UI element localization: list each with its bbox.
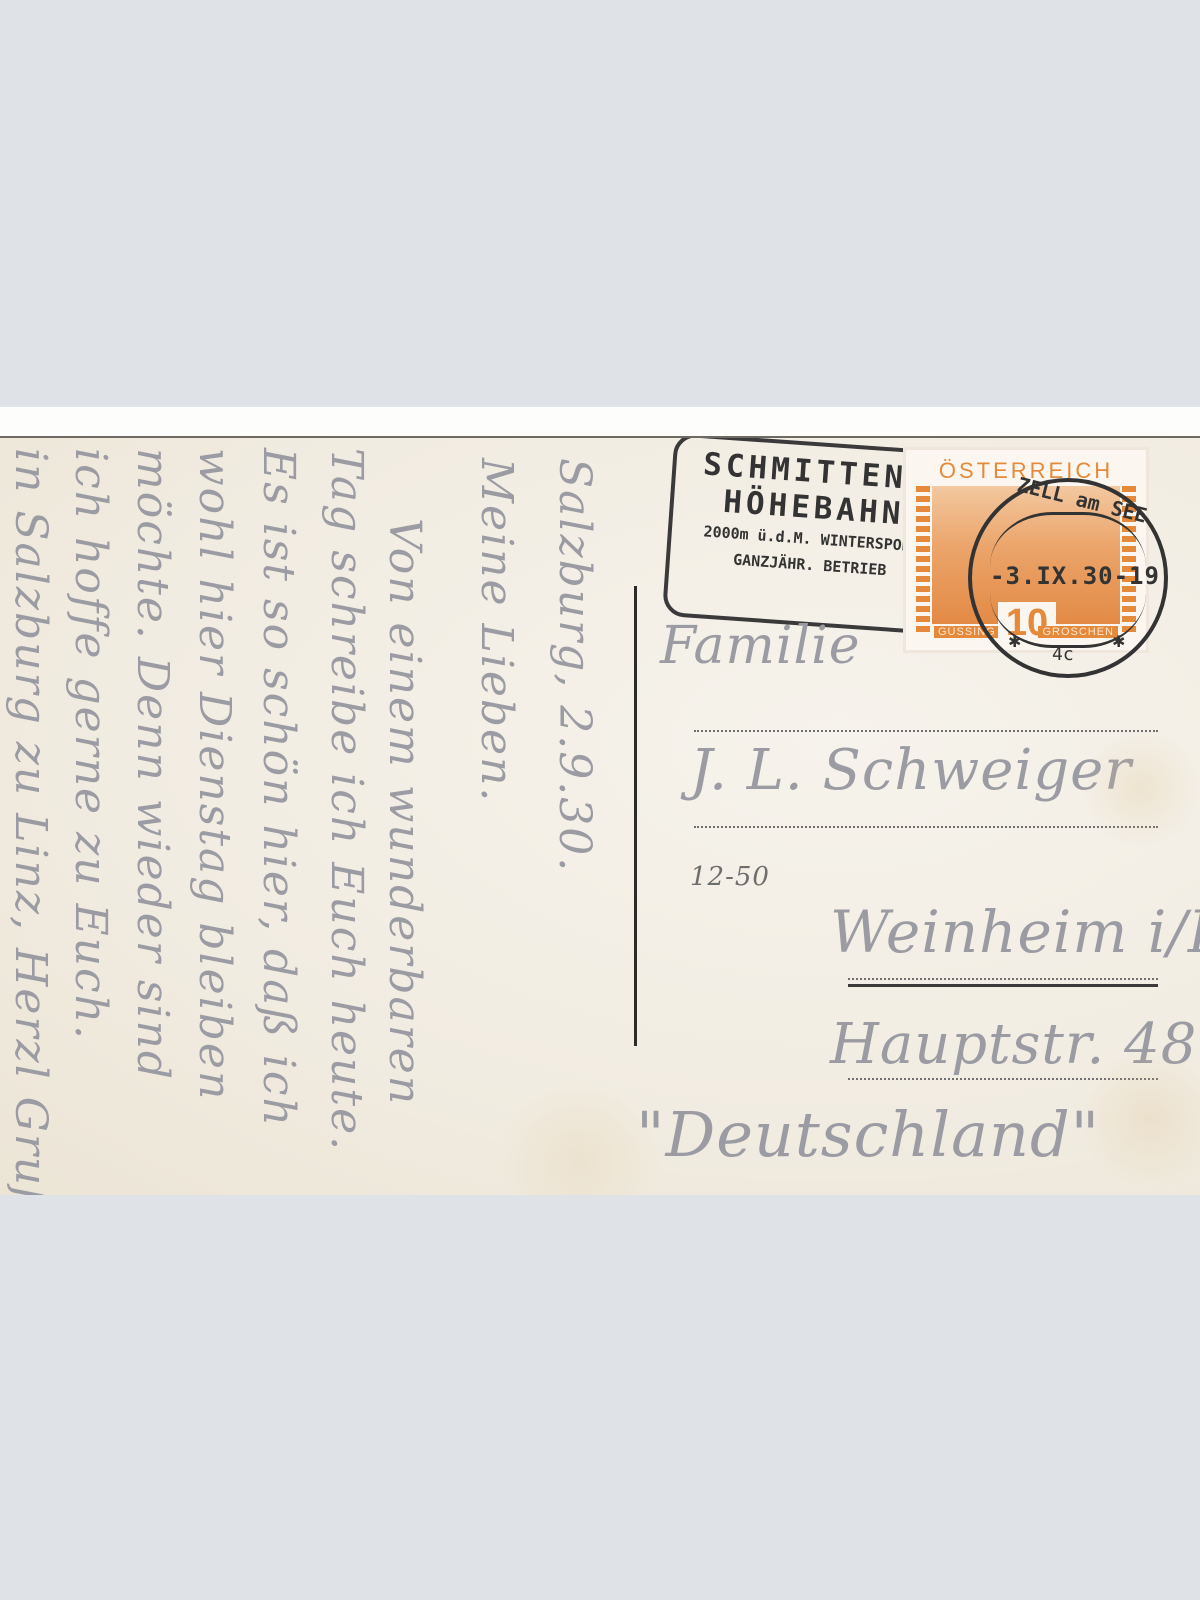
message-line: möchte. Denn wieder sind (127, 448, 178, 1081)
message-line: Es ist so schön hier, daß ich (253, 448, 304, 1128)
address-rule (848, 978, 1158, 980)
address-rule-underline (848, 984, 1158, 987)
message-line: ich hoffe gerne zu Euch. (65, 448, 116, 1041)
postmark-office: 4c (1052, 644, 1074, 665)
message-dateline: Salzburg, 2.9.30. (549, 458, 600, 873)
postmark: ZELL am SEE -3.IX.30-19 ✱ ✱ 4c (968, 478, 1168, 678)
center-divider (634, 586, 637, 1046)
address-line-1: Familie (660, 616, 861, 676)
message-line: wohl hier Dienstag bleiben (189, 448, 240, 1101)
postcard-back: Salzburg, 2.9.30. Meine Lieben. Von eine… (0, 436, 1200, 1195)
address-rule (694, 826, 1158, 828)
stamp-frame (916, 486, 930, 636)
address-note: 12-50 (690, 862, 770, 892)
message-line: in Salzburg zu Linz, Herzl Gruß (5, 448, 56, 1195)
message-line: Tag schreibe ich Euch heute. (321, 448, 372, 1152)
address-line-3: Weinheim i/B. (830, 898, 1200, 966)
scan-margin (0, 407, 1200, 437)
postmark-date: -3.IX.30-19 (990, 562, 1160, 590)
star-icon: ✱ (1008, 632, 1021, 651)
message-line: Von einem wunderbaren (379, 518, 430, 1106)
address-country: "Deutschland" (636, 1098, 1100, 1171)
address-line-4: Hauptstr. 48 (830, 1012, 1197, 1077)
address-rule (848, 1078, 1158, 1080)
address-rule (694, 730, 1158, 732)
star-icon: ✱ (1112, 632, 1125, 651)
message-salutation: Meine Lieben. (471, 458, 522, 803)
address-line-2: J. L. Schweiger (690, 738, 1132, 803)
